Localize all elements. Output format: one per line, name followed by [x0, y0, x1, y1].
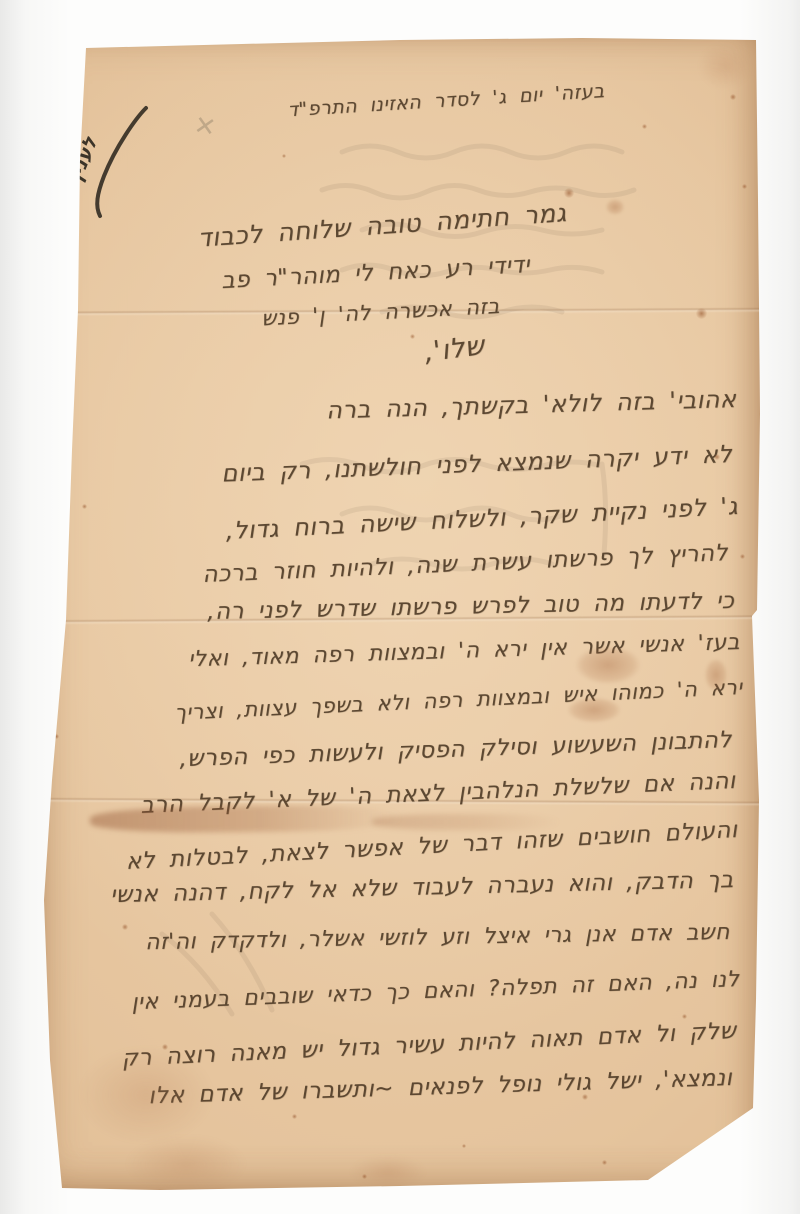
stain-greeting-spot: [602, 196, 628, 218]
stain-mid-right: [562, 638, 654, 692]
foxing-dot: [58, 574, 64, 580]
foxing-dot: [82, 504, 87, 509]
wash-bottom-mid: [338, 1150, 438, 1194]
foxing-dot: [292, 1114, 297, 1119]
greeting-line-3: בזה אכשרה לה' ן' פנש: [261, 294, 501, 330]
foxing-dot-dark: [696, 308, 707, 319]
foxing-dot: [642, 124, 647, 129]
foxing-dot: [54, 734, 59, 739]
foxing-dot: [410, 334, 415, 339]
foxing-dot: [740, 554, 745, 559]
handwritten-line: לא ידע יקרה שנמצא לפני חולשתנו, רק ביום: [221, 440, 733, 488]
foxing-dot: [462, 214, 466, 218]
foxing-dot: [602, 1160, 607, 1165]
foxing-dot: [282, 154, 286, 158]
foxing-dot: [60, 152, 66, 158]
handwritten-line: בך הדבק, והוא נעברה לעבוד שלא אל לקח, דה…: [110, 867, 734, 908]
handwritten-line: חשב אדם אנן גרי איצל וזע לוזשי אשלר, ולד…: [145, 920, 730, 955]
foxing-dot: [582, 1094, 588, 1100]
stain-right-edge: [700, 652, 732, 698]
salutation: שלו',: [422, 330, 486, 368]
date-line: בעזה' יום ג' לסדר האזינו התרפ"ד: [286, 80, 604, 121]
foxing-dot: [682, 1014, 687, 1019]
corner-annotation-note: לעניך: [60, 134, 102, 196]
foxing-dot: [50, 258, 57, 265]
foxing-dot: [714, 454, 720, 460]
foxing-dot: [122, 924, 128, 930]
greeting-line-2: ידידי רע כאח לי מוהר"ר פב: [221, 252, 531, 294]
handwritten-line: ג' לפני נקיית שקר, ולשלוח שישה ברוח גדול…: [225, 492, 739, 545]
handwritten-line: בעז' אנשי אשר אין ירא ה' ובמצוות רפה מאו…: [188, 630, 740, 672]
handwritten-line: אהובי' בזה לולא' בקשתך, הנה ברה: [325, 385, 736, 424]
foxing-dot: [162, 1044, 168, 1050]
handwritten-line: להתבונן השעשוע וסילק הפסיק ולעשות כפי הפ…: [179, 727, 732, 772]
pencil-x-mark: ✕: [192, 110, 219, 143]
foxing-dot: [68, 340, 73, 345]
foxing-dot-dark: [564, 188, 574, 198]
smudge-band-left: [90, 804, 402, 833]
scan-background: לעניך ✕ בעזה' יום ג' לסדר האזינו התרפ"ד …: [0, 0, 800, 1214]
wash-bottom-left-small: [106, 1126, 266, 1202]
stain-mid-right-lower: [556, 692, 632, 728]
foxing-dot: [362, 1174, 367, 1179]
wash-left-edge-top: [34, 170, 74, 300]
handwritten-line: ירא ה' כמוהו איש ובמצוות רפה ולא בשפך עצ…: [174, 675, 743, 725]
handwritten-line: להריץ לך פרשתו עשרת שנה, ולהיות חוזר ברכ…: [202, 540, 729, 588]
letter-paper: לעניך ✕ בעזה' יום ג' לסדר האזינו התרפ"ד …: [42, 34, 762, 1192]
smudge-band-faint: [372, 814, 562, 830]
greeting-line-1: גמר חתימה טובה שלוחה לכבוד: [196, 198, 567, 253]
foxing-dot: [730, 94, 736, 100]
handwritten-line: לנו נה, האם זה תפלה? והאם כך כדאי שובבים…: [131, 967, 740, 1015]
wash-top-right-corner: [690, 36, 760, 96]
wash-left-edge-mid: [38, 582, 72, 682]
foxing-dot: [462, 1144, 466, 1148]
foxing-dot: [742, 184, 747, 189]
